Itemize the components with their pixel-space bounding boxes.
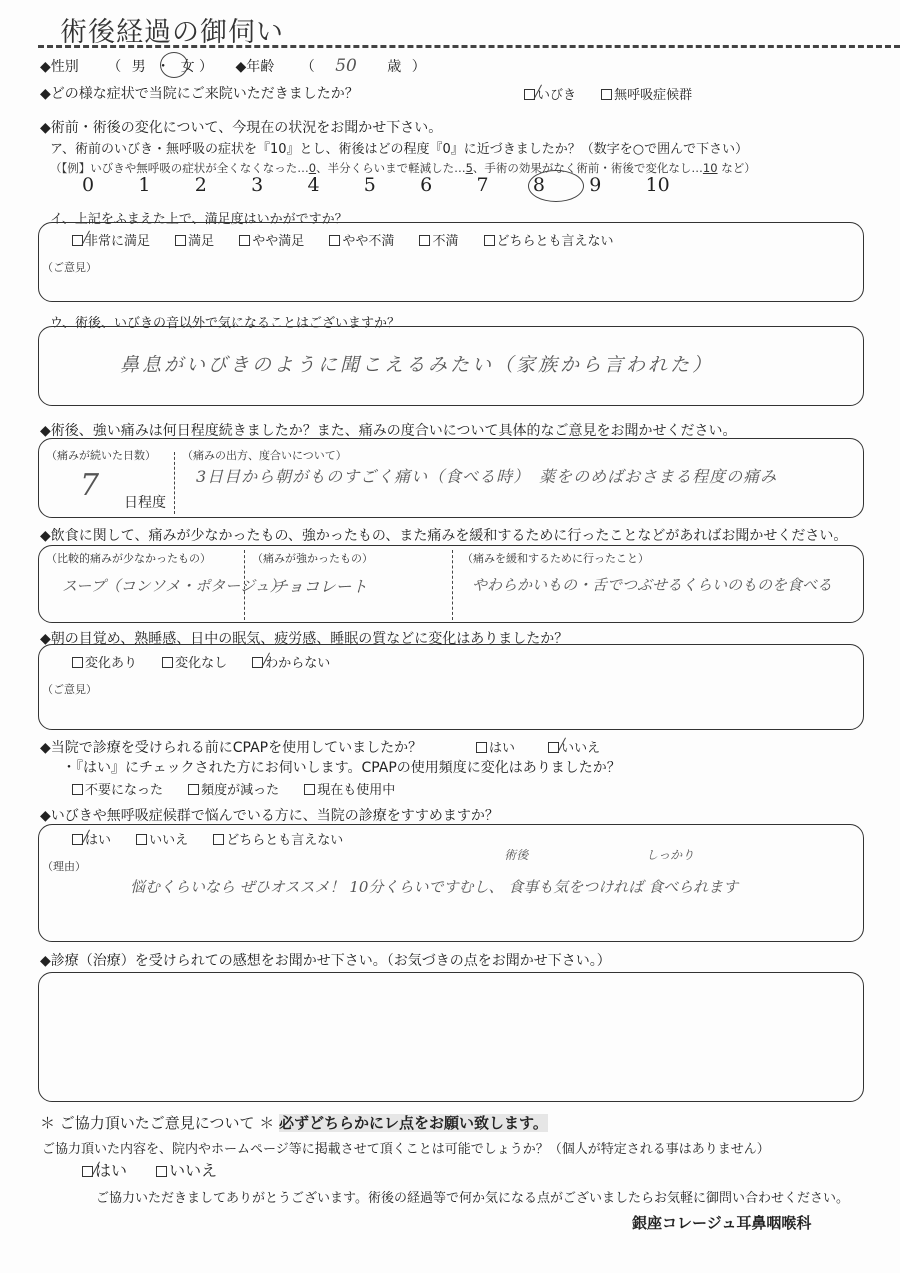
consent-heading-highlight: 必ずどちらかにレ点をお願い致します。 <box>279 1114 548 1132</box>
satisfaction-comment-label: （ご意見） <box>42 259 97 275</box>
checkbox[interactable] <box>419 235 430 246</box>
consent-options: はい いいえ <box>82 1158 237 1181</box>
diet-less-label: （比較的痛みが少なかったもの） <box>46 550 211 566</box>
checkbox[interactable] <box>304 784 315 795</box>
pain-days-label: （痛みが続いた日数） <box>46 447 156 463</box>
satisfaction-option-somewhat-satisfied[interactable]: やや満足 <box>239 230 304 249</box>
checkbox[interactable] <box>136 834 147 845</box>
consent-question: ご協力頂いた内容を、院内やホームページ等に掲載させて頂くことは可能でしょうか？（… <box>42 1138 770 1157</box>
cpap-option-yes[interactable]: はい <box>476 737 515 756</box>
cpap-followup-reduced[interactable]: 頻度が減った <box>188 779 279 798</box>
cpap-option-no[interactable]: いいえ <box>548 737 600 756</box>
symptom-question: ◆どの様な症状で当院にご来院いただきましたか？ <box>40 83 359 103</box>
pain-question: ◆術後、強い痛みは何日程度続きましたか？また、痛みの度合いについて具体的なご意見… <box>40 420 736 440</box>
symptom-option-snoring[interactable]: いびき <box>524 84 576 103</box>
scale-3[interactable]: 3 <box>251 174 307 196</box>
impression-question: ◆診療（治療）を受けられての感想をお聞かせ下さい。（お気づきの点をお聞かせ下さい… <box>40 950 611 970</box>
satisfaction-option-satisfied[interactable]: 満足 <box>175 230 214 249</box>
diet-divider-2 <box>452 550 453 620</box>
consent-heading: ＊ ご協力頂いたご意見について ＊ 必ずどちらかにレ点をお願い致します。 <box>40 1112 548 1133</box>
checkbox[interactable] <box>476 742 487 753</box>
scale-10[interactable]: 10 <box>646 174 702 196</box>
symptom-options: いびき 無呼吸症候群 <box>524 84 712 103</box>
diet-strong-label: （痛みが強かったもの） <box>252 550 373 566</box>
sleep-option-changed[interactable]: 変化あり <box>72 652 137 671</box>
consent-option-yes[interactable]: はい <box>82 1158 127 1181</box>
page-title: 術後経過の御伺い <box>60 10 284 49</box>
scale-5[interactable]: 5 <box>364 174 420 196</box>
recommend-question: ◆いびきや無呼吸症候群で悩んでいる方に、当院の診療をすすめますか？ <box>40 805 499 825</box>
other-concern-answer[interactable]: 鼻息がいびきのように聞こえるみたい（家族から言われた） <box>120 350 714 377</box>
sleep-comment-label: （ご意見） <box>42 681 97 697</box>
recommend-option-yes[interactable]: はい <box>72 829 111 848</box>
recommend-reason-label: （理由） <box>42 858 86 874</box>
recommend-options: はい いいえ どちらとも言えない <box>72 829 363 848</box>
cpap-followup-still-using[interactable]: 現在も使用中 <box>304 779 395 798</box>
diet-question: ◆飲食に関して、痛みが少なかったもの、強かったもの、また痛みを緩和するために行っ… <box>40 525 847 545</box>
symptom-option-apnea[interactable]: 無呼吸症候群 <box>601 84 692 103</box>
cpap-followup-options: 不要になった 頻度が減った 現在も使用中 <box>72 779 415 798</box>
change-sub-a: ア、術前のいびき・無呼吸の症状を『10』とし、術後はどの程度『0』に近づきました… <box>50 138 748 157</box>
cpap-followup-question: ・『はい』にチェックされた方にお伺いします。CPAPの使用頻度に変化はありました… <box>62 757 621 777</box>
sleep-options: 変化あり 変化なし わからない <box>72 652 350 671</box>
cpap-question: ◆当院で診療を受けられる前にCPAPを使用していましたか？ <box>40 737 422 757</box>
age-label: ◆年齢 <box>236 59 275 75</box>
satisfaction-option-somewhat-dissatisfied[interactable]: やや不満 <box>329 230 394 249</box>
recommend-reason-value[interactable]: 悩むくらいなら ぜひオススメ！ 10分くらいですむし、 術後 食事も気をつければ… <box>130 876 738 897</box>
diet-strong-value[interactable]: チョコレート <box>272 574 368 597</box>
scale-6[interactable]: 6 <box>420 174 476 196</box>
impression-field[interactable] <box>50 980 850 1095</box>
scale-selection-circle <box>528 170 584 202</box>
sex-age-row: ◆性別 （ 男 ・ 女 ） ◆年齢 （ 50 歳 ） <box>40 56 426 76</box>
satisfaction-comment-field[interactable] <box>110 256 850 294</box>
checkbox[interactable] <box>175 235 186 246</box>
checkbox[interactable] <box>72 657 83 668</box>
checkbox[interactable] <box>484 235 495 246</box>
consent-option-no[interactable]: いいえ <box>156 1158 217 1181</box>
checkbox-checked[interactable] <box>82 1166 93 1177</box>
age-value[interactable]: 50 <box>335 56 357 76</box>
pain-detail-label: （痛みの出方、度合いについて） <box>182 447 347 463</box>
checkbox[interactable] <box>156 1166 167 1177</box>
sex-option-male[interactable]: 男 <box>132 59 146 75</box>
cpap-options: はい いいえ <box>476 737 620 756</box>
pain-days-unit: 日程度 <box>124 492 166 512</box>
scale-4[interactable]: 4 <box>307 174 363 196</box>
checkbox[interactable] <box>601 89 612 100</box>
diet-divider-1 <box>244 550 245 620</box>
consent-thanks: ご協力いただきましてありがとうございます。術後の経過等で何か気になる点がございま… <box>96 1187 849 1206</box>
scale-7[interactable]: 7 <box>477 174 533 196</box>
reason-insert-firmly: しっかり <box>646 846 694 863</box>
checkbox-checked[interactable] <box>72 235 83 246</box>
scale-2[interactable]: 2 <box>195 174 251 196</box>
scale-0[interactable]: 0 <box>82 174 138 196</box>
satisfaction-options: 非常に満足 満足 やや満足 やや不満 不満 どちらとも言えない <box>72 230 634 249</box>
cpap-followup-not-needed[interactable]: 不要になった <box>72 779 163 798</box>
satisfaction-option-neutral[interactable]: どちらとも言えない <box>484 230 614 249</box>
scale-9[interactable]: 9 <box>589 174 645 196</box>
satisfaction-option-dissatisfied[interactable]: 不満 <box>419 230 458 249</box>
sleep-comment-field[interactable] <box>110 678 850 720</box>
checkbox-checked[interactable] <box>72 834 83 845</box>
reason-insert-postop: 術後 <box>504 846 528 863</box>
checkbox-checked[interactable] <box>524 89 535 100</box>
checkbox[interactable] <box>188 784 199 795</box>
diet-less-value[interactable]: スープ（コンソメ・ポタージュ） <box>62 575 285 596</box>
age-unit: 歳 <box>387 59 401 75</box>
change-question: ◆術前・術後の変化について、今現在の状況をお聞かせ下さい。 <box>40 117 442 137</box>
pain-days-value[interactable]: 7 <box>80 468 99 503</box>
scale-1[interactable]: 1 <box>138 174 194 196</box>
recommend-option-neutral[interactable]: どちらとも言えない <box>213 829 343 848</box>
diet-relief-label: （痛みを緩和するために行ったこと） <box>462 550 649 566</box>
checkbox-checked[interactable] <box>252 657 263 668</box>
checkbox[interactable] <box>239 235 250 246</box>
title-divider <box>38 45 900 48</box>
sex-label: ◆性別 <box>40 59 79 75</box>
satisfaction-option-very-satisfied[interactable]: 非常に満足 <box>72 230 150 249</box>
sleep-option-unknown[interactable]: わからない <box>252 652 330 671</box>
checkbox[interactable] <box>213 834 224 845</box>
checkbox[interactable] <box>72 784 83 795</box>
pain-detail-value[interactable]: 3日目から朝がものすごく痛い（食べる時） 薬をのめばおさまる程度の痛み <box>196 464 777 487</box>
checkbox-checked[interactable] <box>548 742 559 753</box>
checkbox[interactable] <box>162 657 173 668</box>
checkbox[interactable] <box>329 235 340 246</box>
diet-relief-value[interactable]: やわらかいもの・舌でつぶせるくらいのものを食べる <box>472 574 832 595</box>
recommend-option-no[interactable]: いいえ <box>136 829 188 848</box>
pain-column-divider <box>174 452 175 514</box>
clinic-name: 銀座コレージュ耳鼻咽喉科 <box>632 1212 811 1233</box>
sleep-option-unchanged[interactable]: 変化なし <box>162 652 227 671</box>
change-scale: 0 1 2 3 4 5 6 7 8 9 10 <box>82 174 702 196</box>
sex-selection-circle <box>160 52 188 78</box>
